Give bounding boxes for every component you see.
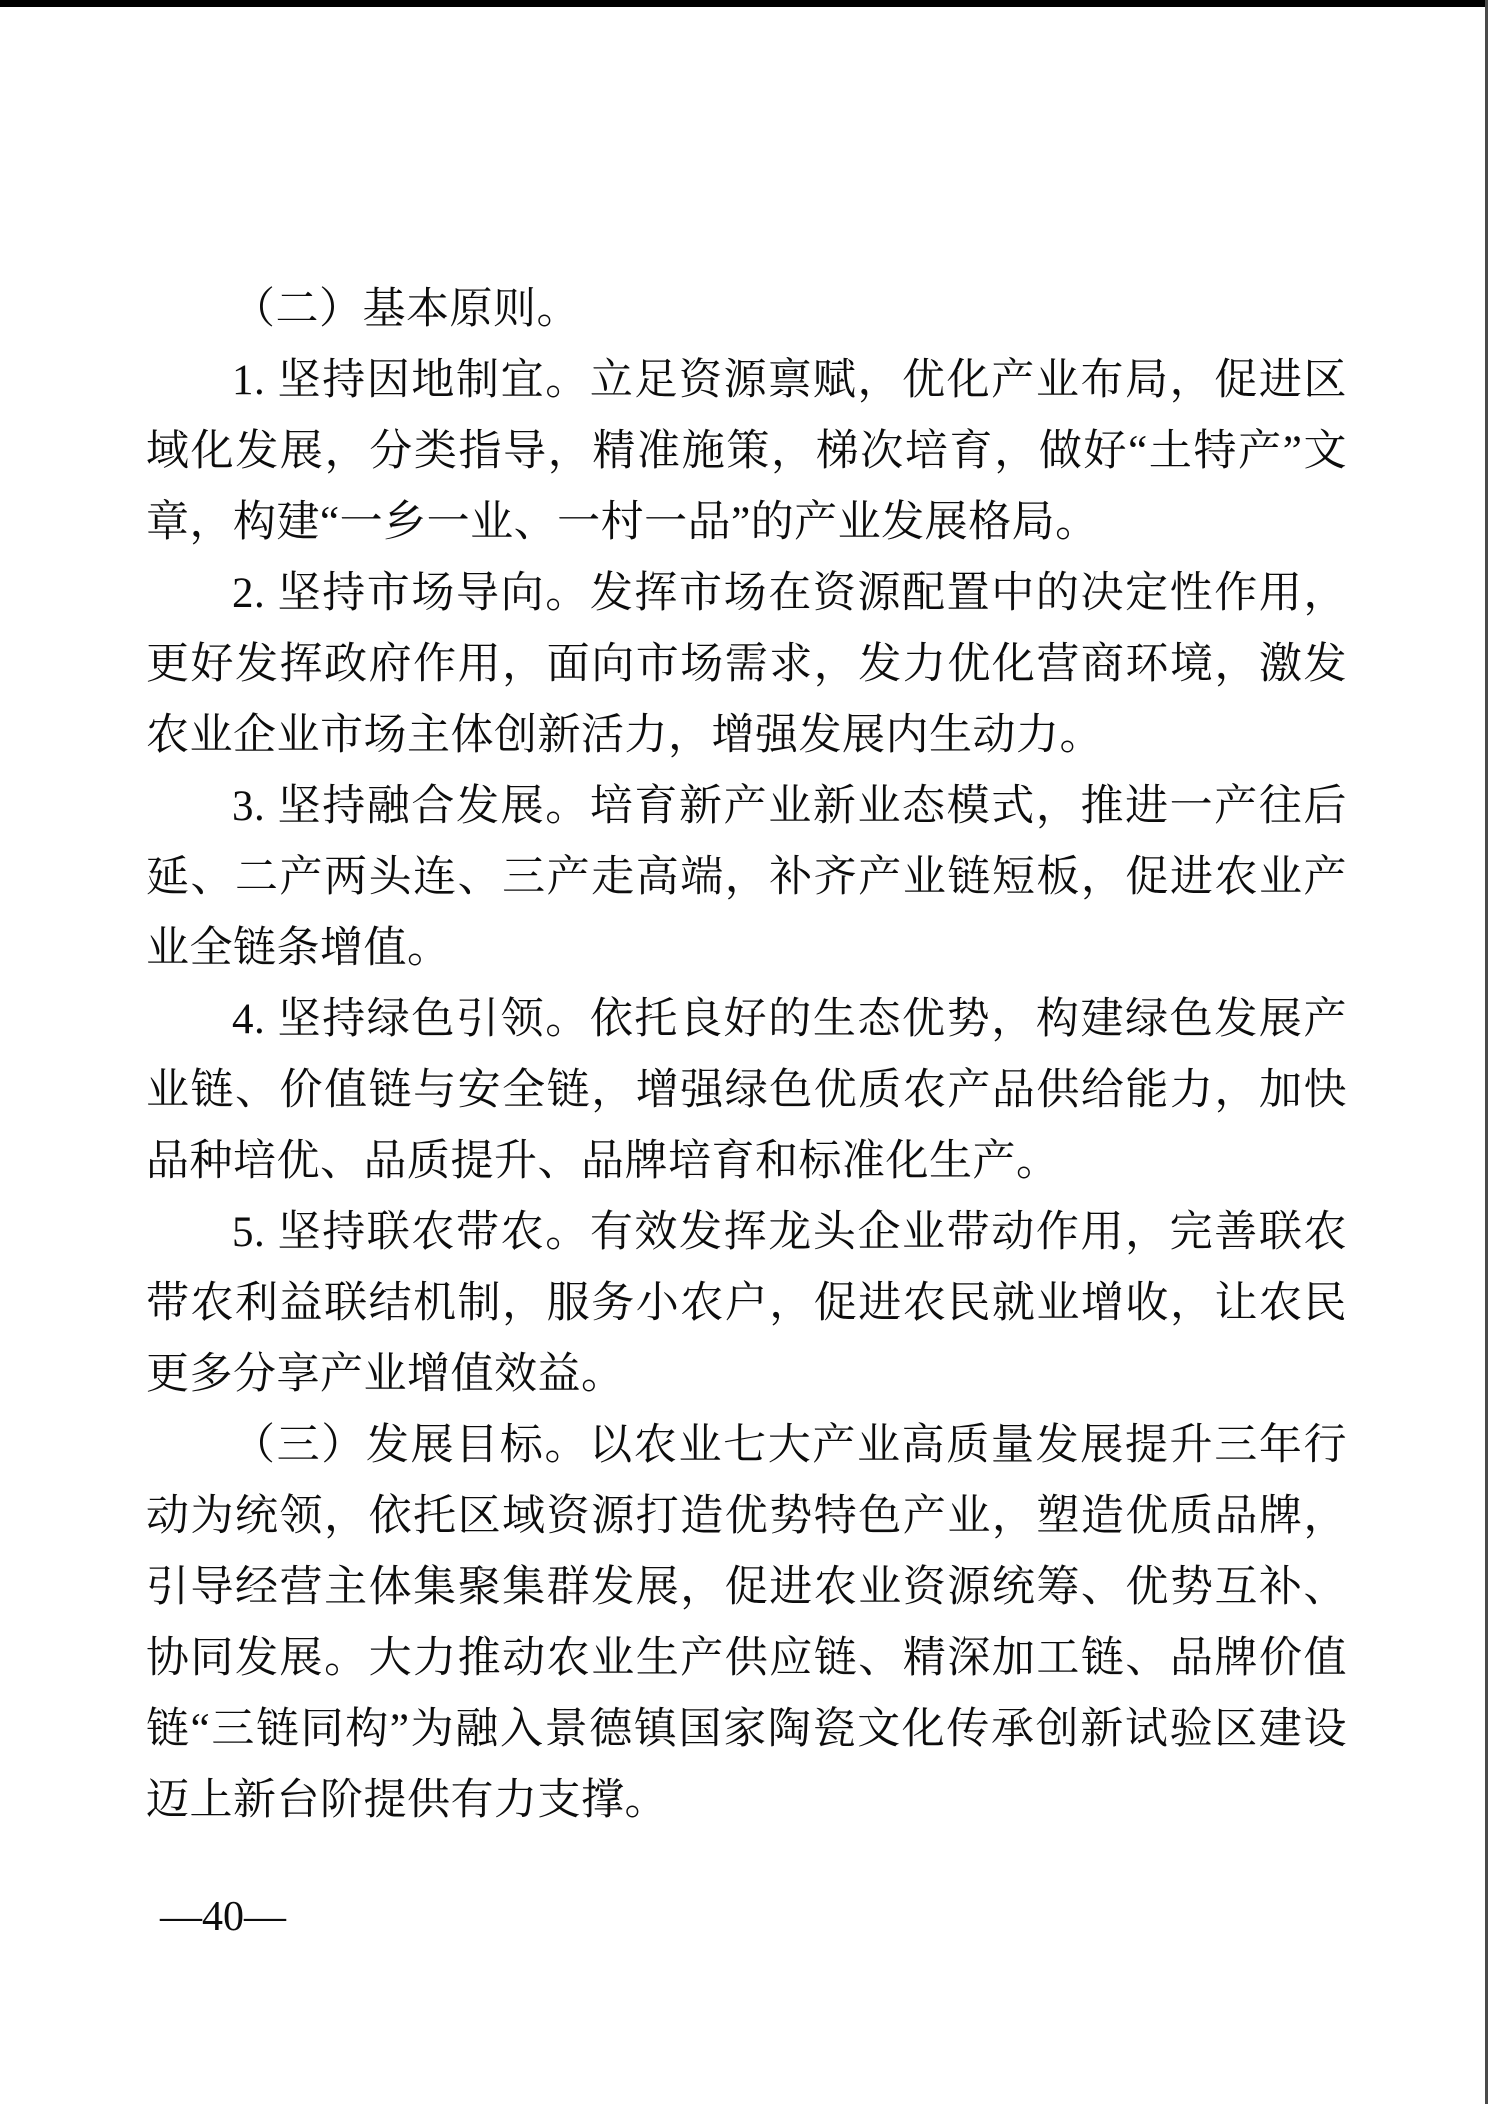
- document-body: （二）基本原则。 1. 坚持因地制宜。立足资源禀赋，优化产业布局，促进区域化发展…: [146, 274, 1347, 1836]
- paragraph-principle-1: 1. 坚持因地制宜。立足资源禀赋，优化产业布局，促进区域化发展，分类指导，精准施…: [146, 345, 1347, 558]
- page-number: —40—: [160, 1893, 286, 1941]
- paragraph-principle-4: 4. 坚持绿色引领。依托良好的生态优势，构建绿色发展产业链、价值链与安全链，增强…: [146, 984, 1347, 1197]
- document-page: （二）基本原则。 1. 坚持因地制宜。立足资源禀赋，优化产业布局，促进区域化发展…: [0, 0, 1488, 2104]
- paragraph-principle-2: 2. 坚持市场导向。发挥市场在资源配置中的决定性作用，更好发挥政府作用，面向市场…: [146, 558, 1347, 771]
- paragraph-principle-3: 3. 坚持融合发展。培育新产业新业态模式，推进一产往后延、二产两头连、三产走高端…: [146, 771, 1347, 984]
- paragraph-principle-5: 5. 坚持联农带农。有效发挥龙头企业带动作用，完善联农带农利益联结机制，服务小农…: [146, 1197, 1347, 1410]
- paragraph-development-goals: （三）发展目标。以农业七大产业高质量发展提升三年行动为统领，依托区域资源打造优势…: [146, 1410, 1347, 1836]
- heading-basic-principles: （二）基本原则。: [146, 274, 1347, 345]
- scan-edge-top: [0, 0, 1488, 7]
